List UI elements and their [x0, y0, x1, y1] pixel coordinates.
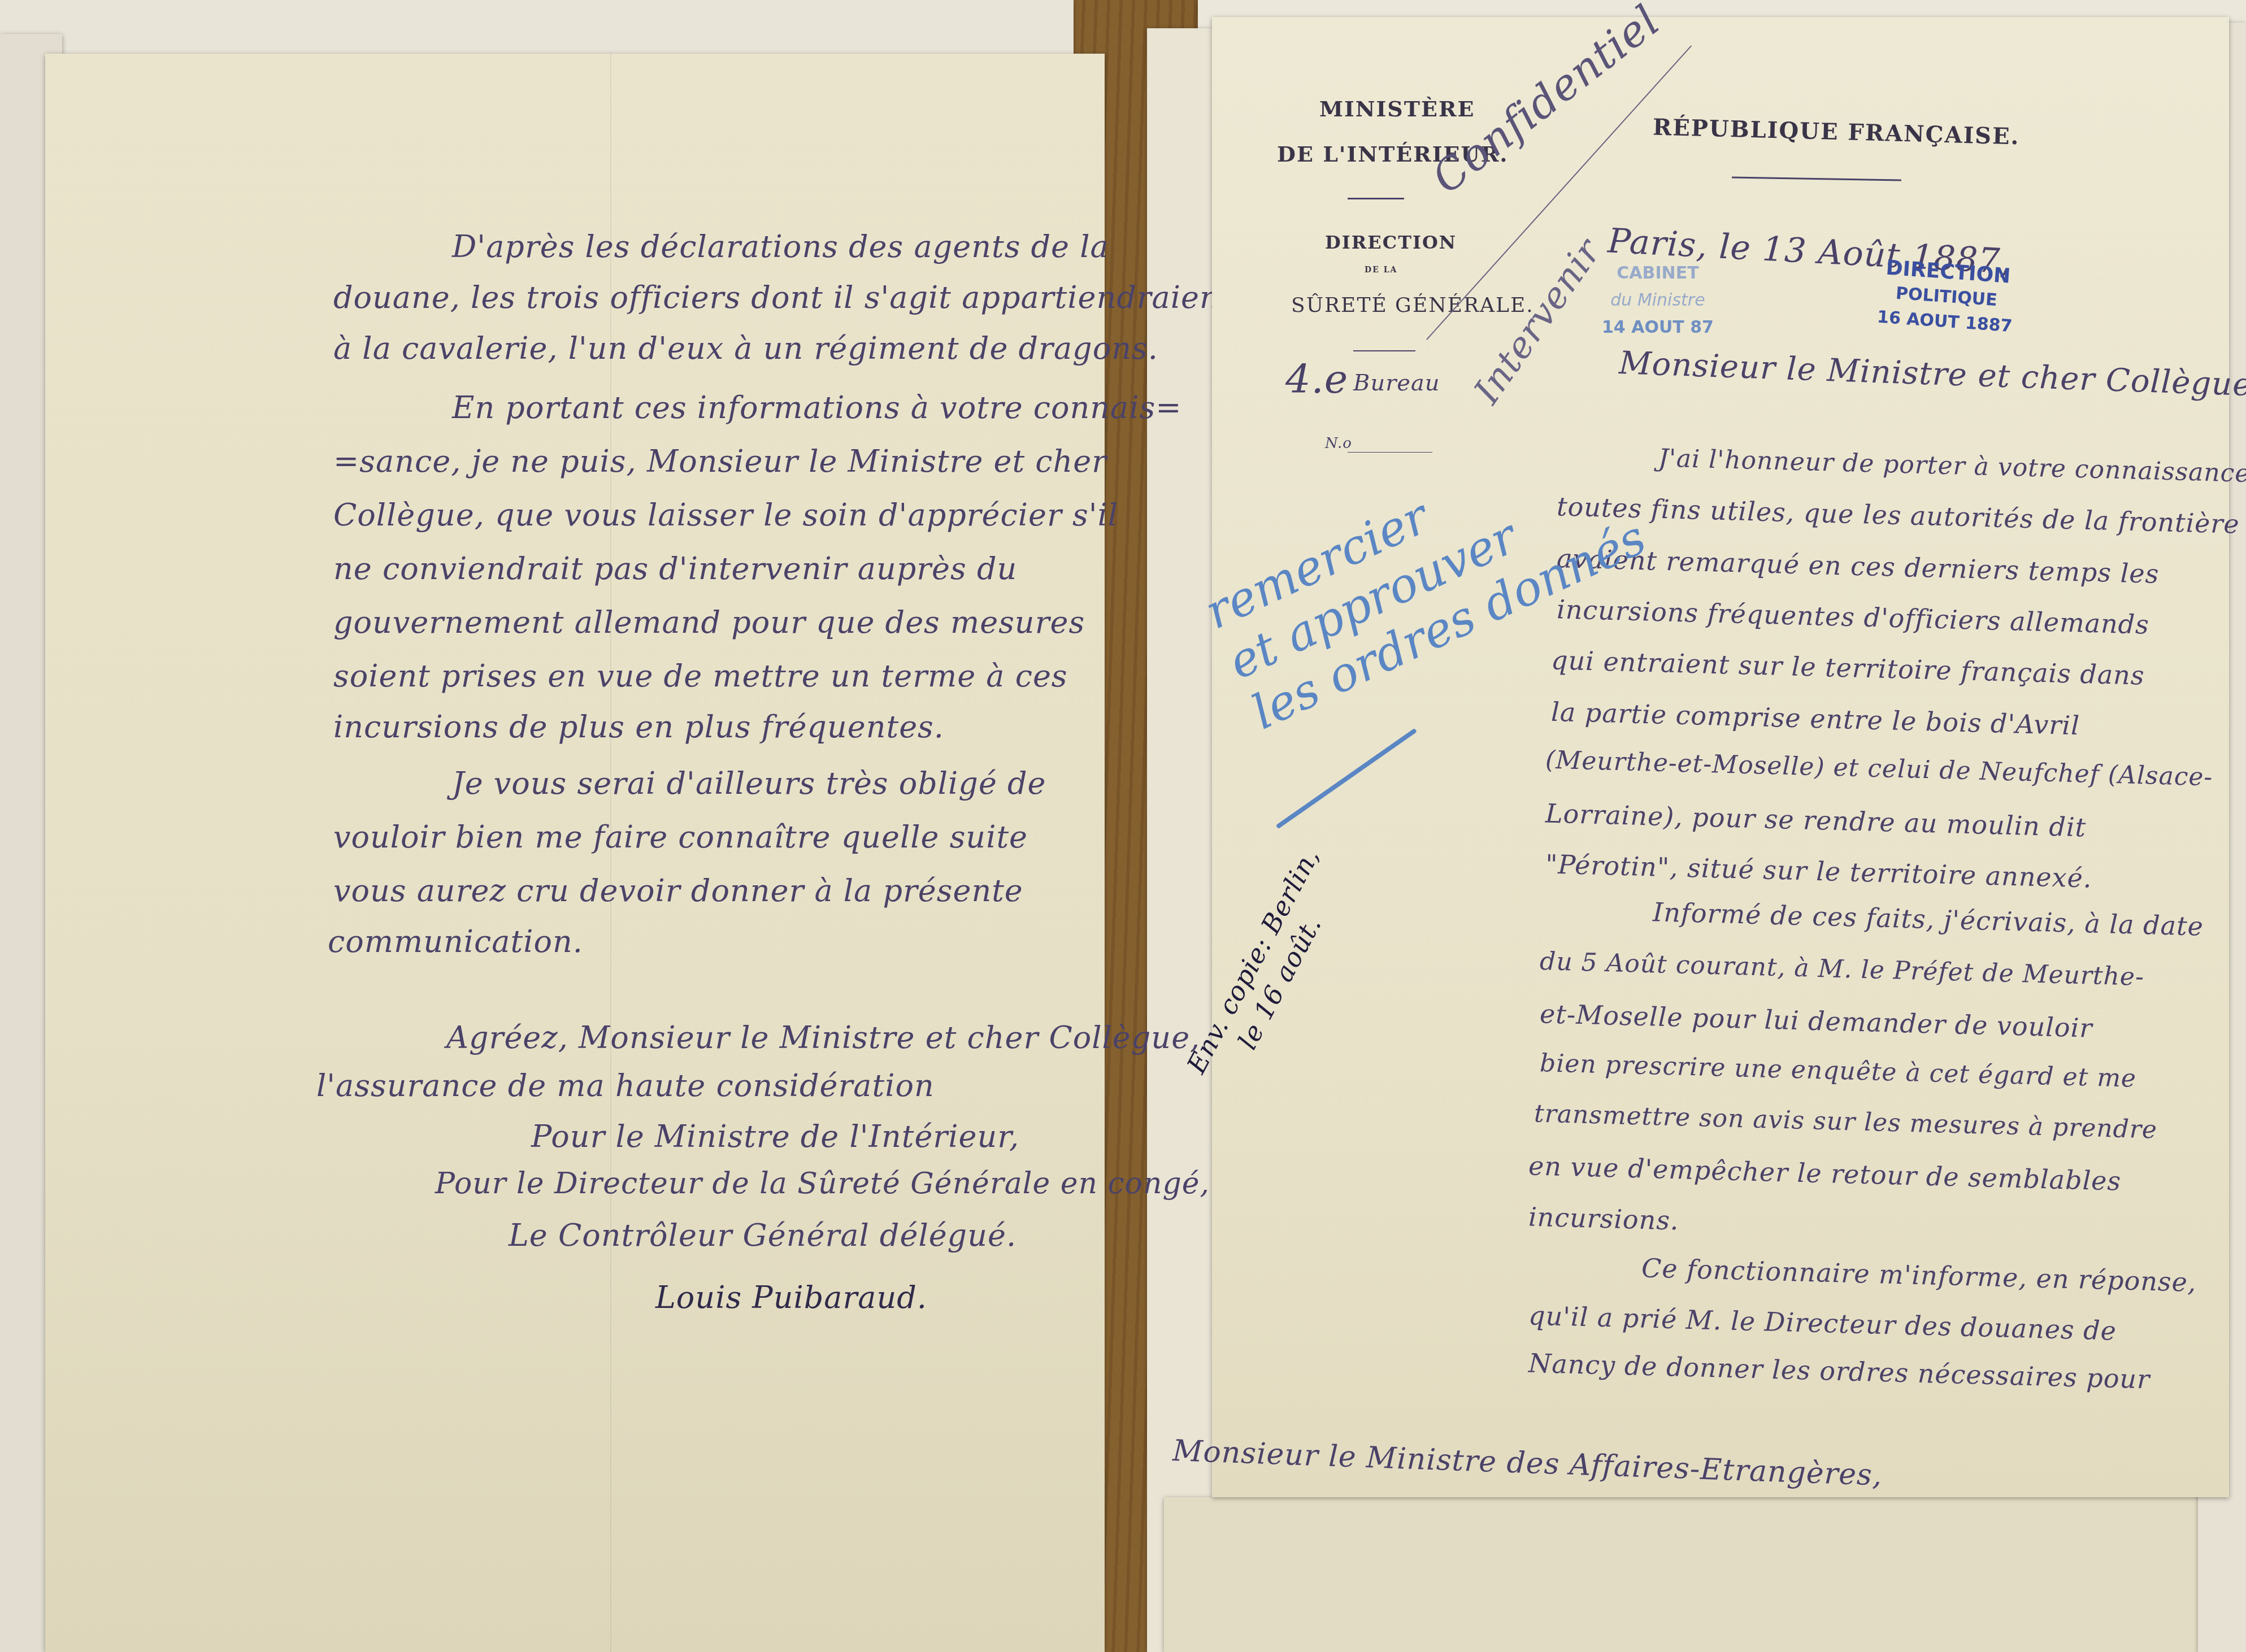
text-line: communication. — [328, 924, 583, 959]
letterhead-republic: RÉPUBLIQUE FRANÇAISE. — [1652, 114, 2020, 150]
text-line: D'après les déclarations des agents de l… — [452, 229, 1109, 264]
letter-page-right: MINISTÈRE DE L'INTÉRIEUR. RÉPUBLIQUE FRA… — [1212, 17, 2229, 1497]
bureau-label: Bureau — [1353, 370, 1440, 396]
closing-line: Agréez, Monsieur le Ministre et cher Col… — [446, 1020, 1200, 1055]
body-line: et-Moselle pour lui demander de vouloir — [1539, 998, 2093, 1044]
stamp-line: 14 AOUT 87 — [1602, 314, 1714, 341]
text-line: vous aurez cru devoir donner à la présen… — [333, 873, 1023, 908]
closing-line: l'assurance de ma haute considération — [316, 1068, 935, 1103]
letterhead-de-la: DE LA — [1365, 266, 1397, 275]
ornament-rule — [1353, 350, 1415, 351]
text-line: =sance, je ne puis, Monsieur le Ministre… — [333, 444, 1107, 479]
stamp-line: CABINET — [1602, 260, 1714, 287]
text-line: incursions de plus en plus fréquentes. — [333, 709, 944, 745]
ornament-rule — [1348, 198, 1404, 199]
body-line: incursions. — [1528, 1202, 1679, 1236]
text-line: soient prises en vue de mettre un terme … — [333, 658, 1068, 694]
letterhead-ministry: MINISTÈRE — [1319, 96, 1475, 121]
body-line: toutes fins utiles, que les autorités de… — [1557, 491, 2240, 540]
text-line: à la cavalerie, l'un d'eux à un régiment… — [333, 331, 1158, 366]
text-line: En portant ces informations à votre conn… — [452, 390, 1182, 425]
text-line: ne conviendrait pas d'intervenir auprès … — [333, 551, 1017, 586]
signature: Louis Puibaraud. — [655, 1280, 927, 1315]
text-line: vouloir bien me faire connaître quelle s… — [333, 819, 1028, 855]
closing-line: Pour le Directeur de la Sûreté Générale … — [435, 1167, 1210, 1201]
text-line: Je vous serai d'ailleurs très obligé de — [452, 766, 1046, 801]
number-rule — [1348, 452, 1432, 453]
body-line: "Pérotin", situé sur le territoire annex… — [1545, 849, 2092, 893]
body-line: bien prescrire une enquête à cet égard e… — [1540, 1049, 2137, 1093]
body-line: transmettre son avis sur les mesures à p… — [1534, 1099, 2158, 1145]
body-line: Nancy de donner les ordres nécessaires p… — [1528, 1348, 2150, 1395]
intervenir-annotation: Intervenir — [1466, 232, 1610, 411]
body-line: J'ai l'honneur de porter à votre connais… — [1658, 444, 2246, 489]
ornament-rule — [1732, 176, 1901, 181]
paper-stack-top-left — [0, 0, 1074, 62]
body-line: incursions fréquentes d'officiers allema… — [1556, 594, 2149, 640]
body-line: Lorraine), pour se rendre au moulin dit — [1545, 798, 2086, 842]
body-line: (Meurthe-et-Moselle) et celui de Neufche… — [1545, 746, 2213, 792]
text-line: gouvernement allemand pour que des mesur… — [333, 605, 1085, 640]
body-line: la partie comprise entre le bois d'Avril — [1550, 697, 2080, 741]
closing-line: Le Contrôleur Général délégué. — [509, 1218, 1016, 1253]
body-line: en vue d'empêcher le retour de semblable… — [1528, 1150, 2121, 1196]
letterhead-surete: SÛRETÉ GÉNÉRALE. — [1291, 294, 1534, 317]
body-line: du 5 Août courant, à M. le Préfet de Meu… — [1540, 947, 2145, 992]
text-line: Collègue, que vous laisser le soin d'app… — [333, 497, 1118, 533]
letterhead-direction: DIRECTION — [1325, 232, 1457, 253]
salutation: Monsieur le Ministre et cher Collègue, — [1618, 345, 2246, 404]
body-line: Ce fonctionnaire m'informe, en réponse, — [1641, 1253, 2197, 1298]
text-line: douane, les trois officiers dont il s'ag… — [333, 280, 1233, 315]
direction-politique-stamp: DIRECTION POLITIQUE 16 AOUT 1887 — [1876, 255, 2017, 339]
stamp-line: du Ministre — [1602, 287, 1714, 314]
closing-line: Pour le Ministre de l'Intérieur, — [531, 1119, 1019, 1154]
bureau-number: 4.e — [1285, 356, 1348, 402]
addressee: Monsieur le Ministre des Affaires-Etrang… — [1172, 1434, 1883, 1493]
body-line: qui entraient sur le territoire français… — [1550, 645, 2145, 690]
number-label: N.o — [1325, 435, 1352, 452]
cabinet-stamp: CABINET du Ministre 14 AOUT 87 — [1602, 260, 1714, 341]
body-line: qu'il a prié M. le Directeur des douanes… — [1528, 1300, 2117, 1346]
paper-stack-bottom-right — [1164, 1497, 2226, 1652]
body-line: Informé de ces faits, j'écrivais, à la d… — [1652, 897, 2204, 942]
letter-page-left: D'après les déclarations des agents de l… — [45, 54, 1105, 1652]
